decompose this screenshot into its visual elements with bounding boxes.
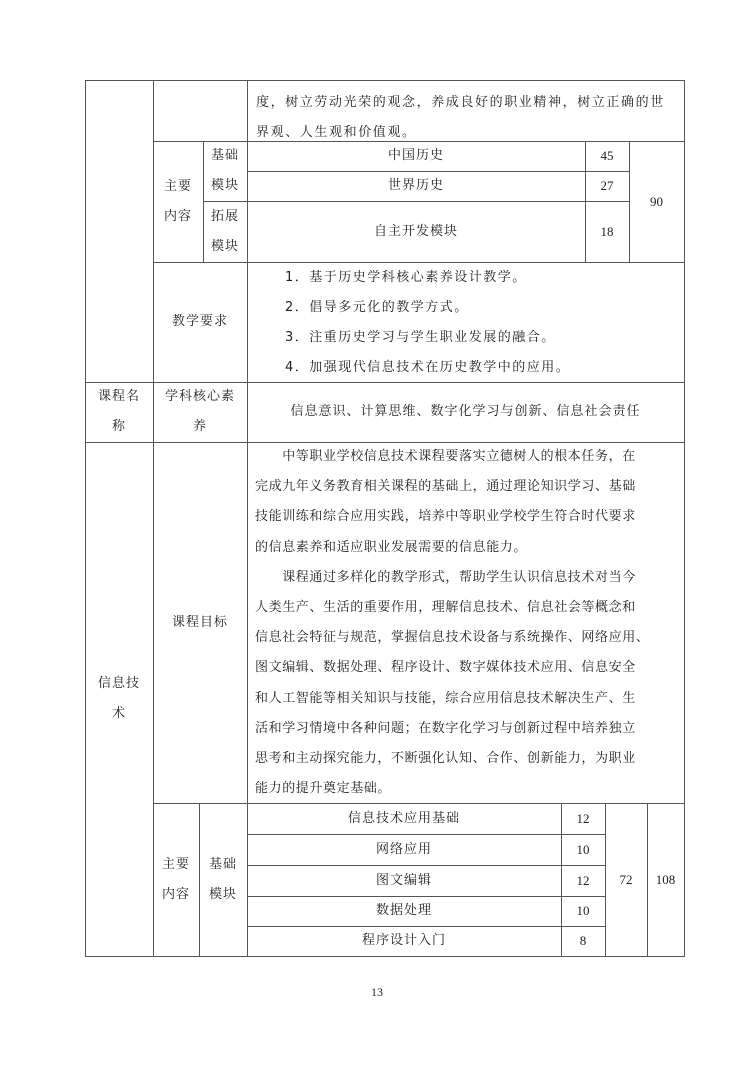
it-total-hours: 108 [647, 803, 684, 956]
it-module-hours: 12 [561, 865, 605, 896]
it-module-name: 程序设计入门 [247, 926, 561, 956]
it-module-name: 网络应用 [247, 834, 561, 865]
table-top-border [85, 80, 685, 81]
table-bottom-border [85, 956, 685, 957]
history-objective-continuation: 度，树立劳动光荣的观念，养成良好的职业精神，树立正确的世 界观、人生观和价值观。 [256, 88, 681, 148]
text-line: 信息社会特征与规范，掌握信息技术设备与系统操作、网络应用、 [255, 623, 683, 653]
label-line: 模块 [211, 171, 239, 201]
label-line: 模块 [211, 232, 239, 262]
it-main-content-label: 主要 内容 [153, 803, 199, 956]
label-line: 学科核心素 [165, 382, 235, 412]
text-line: 中等职业学校信息技术课程要落实立德树人的根本任务，在 [255, 442, 683, 472]
table-right-border [684, 80, 685, 957]
history-module-name: 中国历史 [247, 141, 585, 171]
teaching-requirements-list: 1．基于历史学科核心素养设计教学。 2．倡导多元化的教学方式。 3．注重历史学习… [285, 263, 680, 383]
text-line: 度，树立劳动光荣的观念，养成良好的职业精神，树立正确的世 [256, 88, 681, 118]
label-line: 课程名 [98, 382, 140, 412]
teaching-requirements-label: 教学要求 [153, 262, 247, 382]
label-line: 基础 [209, 850, 237, 880]
text-line: 技能训练和综合应用实践，培养中等职业学校学生符合时代要求 [255, 502, 683, 532]
list-item: 1．基于历史学科核心素养设计教学。 [285, 263, 680, 293]
label-line: 基础 [211, 141, 239, 171]
list-item: 4．加强现代信息技术在历史教学中的应用。 [285, 353, 680, 383]
it-module-hours: 8 [561, 926, 605, 956]
it-module-name: 数据处理 [247, 896, 561, 926]
label-line: 内容 [164, 202, 192, 232]
it-module-hours: 12 [561, 803, 605, 834]
label-line: 主要 [164, 172, 192, 202]
history-module-hours: 18 [585, 201, 629, 262]
history-module-hours: 27 [585, 171, 629, 201]
text-line: 的信息素养和适应职业发展需要的信息能力。 [255, 533, 683, 563]
it-module-hours: 10 [561, 834, 605, 865]
label-line: 信息技 [98, 669, 140, 699]
history-module-hours: 45 [585, 141, 629, 171]
it-objective-text: 中等职业学校信息技术课程要落实立德树人的根本任务，在 完成九年义务教育相关课程的… [255, 442, 683, 804]
it-objective-label: 课程目标 [153, 442, 247, 803]
core-literacy-value: 信息意识、计算思维、数字化学习与创新、信息社会责任 [247, 382, 684, 442]
it-module-name: 信息技术应用基础 [247, 803, 561, 834]
list-item: 2．倡导多元化的教学方式。 [285, 293, 680, 323]
it-basic-module-label: 基础 模块 [199, 803, 247, 956]
core-literacy-header: 学科核心素 养 [153, 382, 247, 442]
text-line: 图文编辑、数据处理、程序设计、数字媒体技术应用、信息安全 [255, 653, 683, 683]
history-extension-module-label: 拓展 模块 [203, 201, 247, 262]
text-line: 完成九年义务教育相关课程的基础上，通过理论知识学习、基础 [255, 472, 683, 502]
history-basic-module-label: 基础 模块 [203, 141, 247, 201]
it-course-name: 信息技 术 [85, 442, 153, 956]
text-line: 人类生产、生活的重要作用，理解信息技术、信息社会等概念和 [255, 593, 683, 623]
list-item: 3．注重历史学习与学生职业发展的融合。 [285, 323, 680, 353]
history-module-name: 自主开发模块 [247, 201, 585, 262]
label-line: 养 [193, 412, 207, 442]
text-line: 课程通过多样化的教学形式，帮助学生认识信息技术对当今 [255, 563, 683, 593]
label-line: 术 [112, 699, 126, 729]
label-line: 拓展 [211, 202, 239, 232]
text-line: 思考和主动探究能力，不断强化认知、合作、创新能力，为职业 [255, 744, 683, 774]
text-line: 能力的提升奠定基础。 [255, 774, 683, 804]
text-line: 和人工智能等相关知识与技能，综合应用信息技术解决生产、生 [255, 684, 683, 714]
history-main-content-label: 主要 内容 [153, 141, 203, 262]
course-name-header: 课程名 称 [85, 382, 153, 442]
text-line: 活和学习情境中各种问题；在数字化学习与创新过程中培养独立 [255, 714, 683, 744]
page-number: 13 [371, 985, 383, 1000]
history-total-hours: 90 [629, 141, 684, 262]
it-basic-total: 72 [605, 803, 647, 956]
label-line: 称 [112, 412, 126, 442]
history-module-name: 世界历史 [247, 171, 585, 201]
label-line: 主要 [162, 850, 190, 880]
label-line: 内容 [162, 880, 190, 910]
it-module-name: 图文编辑 [247, 865, 561, 896]
label-line: 模块 [209, 880, 237, 910]
it-module-hours: 10 [561, 896, 605, 926]
